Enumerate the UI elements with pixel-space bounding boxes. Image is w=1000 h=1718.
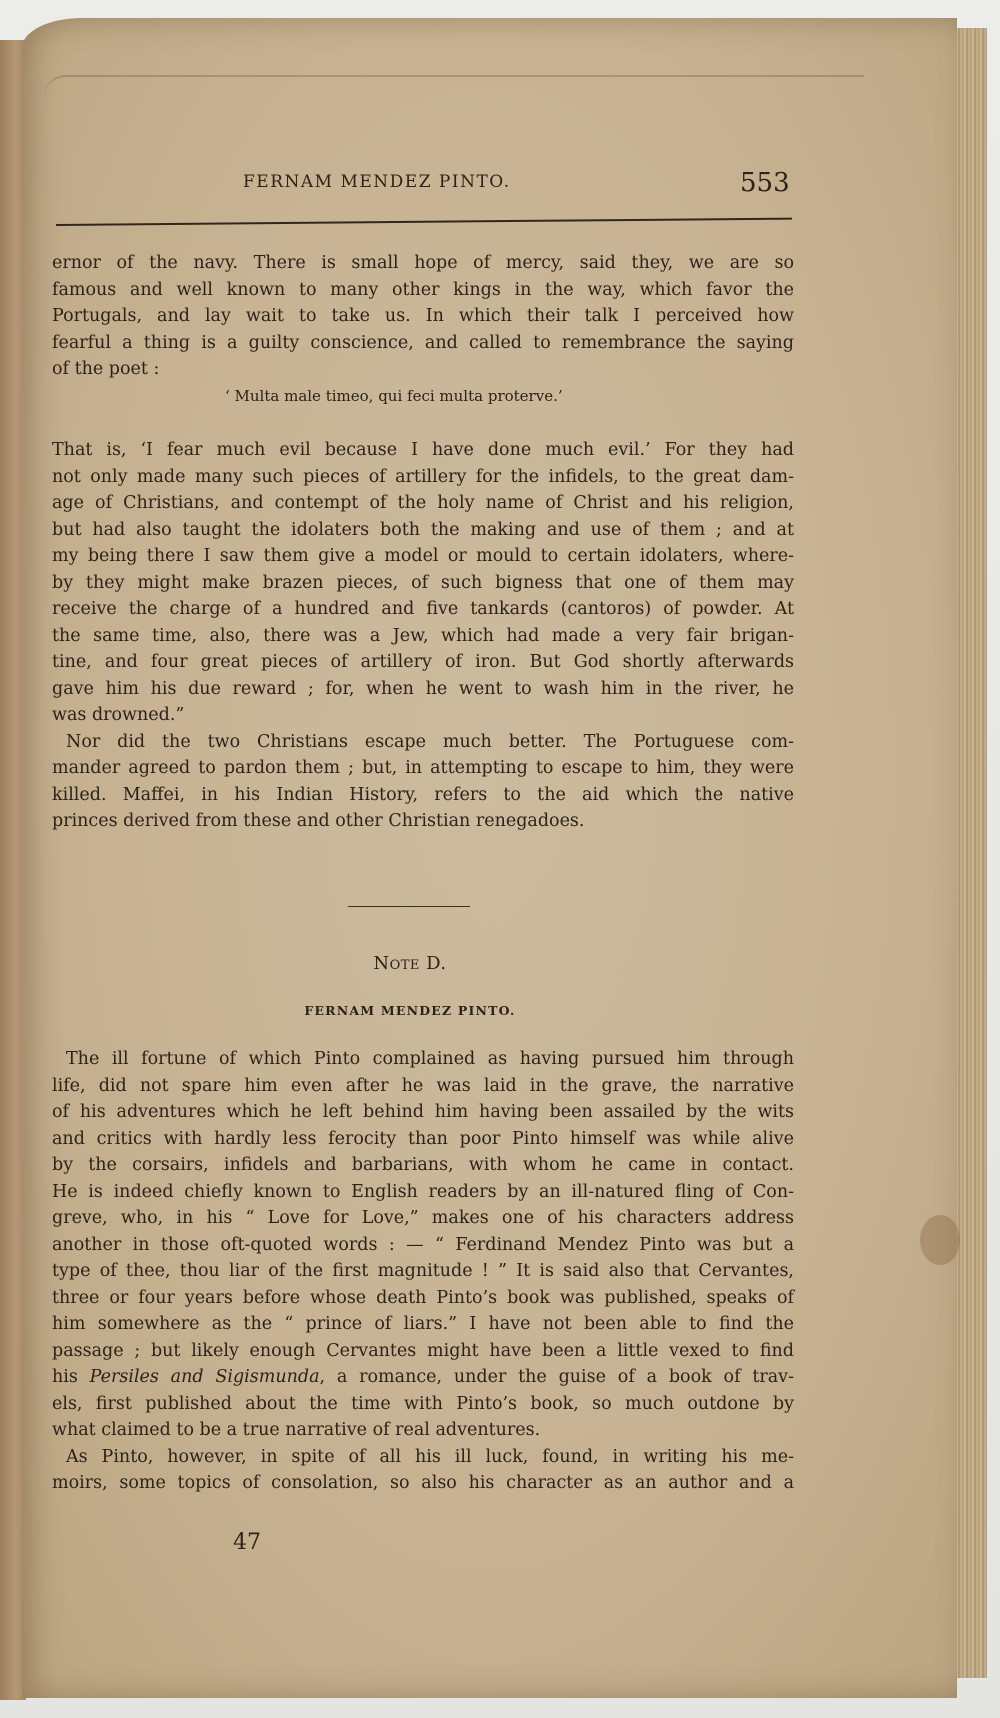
text-line: greve, who, in his “ Love for Love,” mak… xyxy=(52,1205,794,1232)
text-line: of his adventures which he left behind h… xyxy=(52,1099,794,1126)
note-subtitle: FERNAM MENDEZ PINTO. xyxy=(0,1003,820,1018)
text-line: type of thee, thou liar of the first mag… xyxy=(52,1258,794,1285)
page-block-edges xyxy=(953,28,987,1678)
text-line: The ill fortune of which Pinto complaine… xyxy=(52,1046,794,1073)
page-fold-crease xyxy=(44,75,864,97)
italic-book-title: Persiles and Sigismunda xyxy=(90,1367,320,1387)
text-line: fearful a thing is a guilty conscience, … xyxy=(52,330,794,357)
section-divider xyxy=(348,906,470,907)
text-line: by they might make brazen pieces, of suc… xyxy=(52,570,794,597)
continuation-paragraph-2: That is, ‘I fear much evil because I hav… xyxy=(52,437,794,835)
text-line: tine, and four great pieces of artillery… xyxy=(52,649,794,676)
paper-stain xyxy=(920,1215,960,1265)
text-line: Nor did the two Christians escape much b… xyxy=(52,729,794,756)
text-line: moirs, some topics of consolation, so al… xyxy=(52,1470,794,1497)
text-line: was drowned.” xyxy=(52,702,794,729)
text-line: He is indeed chiefly known to English re… xyxy=(52,1179,794,1206)
text-fragment: his xyxy=(52,1367,90,1387)
text-line: els, first published about the time with… xyxy=(52,1391,794,1418)
text-line: age of Christians, and contempt of the h… xyxy=(52,490,794,517)
text-line: Portugals, and lay wait to take us. In w… xyxy=(52,303,794,330)
text-line: ernor of the navy. There is small hope o… xyxy=(52,250,794,277)
text-line: famous and well known to many other king… xyxy=(52,277,794,304)
text-line: him somewhere as the “ prince of liars.”… xyxy=(52,1311,794,1338)
text-line-with-italic-title: his Persiles and Sigismunda, a romance, … xyxy=(52,1364,794,1391)
text-line: gave him his due reward ; for, when he w… xyxy=(52,676,794,703)
text-line: the same time, also, there was a Jew, wh… xyxy=(52,623,794,650)
text-line: what claimed to be a true narrative of r… xyxy=(52,1417,794,1444)
text-line: life, did not spare him even after he wa… xyxy=(52,1073,794,1100)
text-line: not only made many such pieces of artill… xyxy=(52,464,794,491)
page-number: 553 xyxy=(740,168,790,198)
text-line: receive the charge of a hundred and five… xyxy=(52,596,794,623)
text-line: princes derived from these and other Chr… xyxy=(52,808,794,835)
text-line: That is, ‘I fear much evil because I hav… xyxy=(52,437,794,464)
continuation-paragraph: ernor of the navy. There is small hope o… xyxy=(52,250,794,383)
text-line: passage ; but likely enough Cervantes mi… xyxy=(52,1338,794,1365)
text-line: three or four years before whose death P… xyxy=(52,1285,794,1312)
text-line: As Pinto, however, in spite of all his i… xyxy=(52,1444,794,1471)
text-line: and critics with hardly less ferocity th… xyxy=(52,1126,794,1153)
text-line: mander agreed to pardon them ; but, in a… xyxy=(52,755,794,782)
text-line: by the corsairs, infidels and barbarians… xyxy=(52,1152,794,1179)
running-head: FERNAM MENDEZ PINTO. xyxy=(243,172,511,192)
text-line: killed. Maffei, in his Indian History, r… xyxy=(52,782,794,809)
note-title: Note D. xyxy=(0,953,820,974)
text-line: another in those oft-quoted words : — “ … xyxy=(52,1232,794,1259)
text-line: of the poet : xyxy=(52,356,794,383)
text-line: but had also taught the idolaters both t… xyxy=(52,517,794,544)
latin-quotation: ‘ Multa male timeo, qui feci multa prote… xyxy=(225,387,563,405)
note-d-paragraph: The ill fortune of which Pinto complaine… xyxy=(52,1046,794,1497)
text-line: my being there I saw them give a model o… xyxy=(52,543,794,570)
signature-mark: 47 xyxy=(233,1530,261,1555)
text-fragment: , a romance, under the guise of a book o… xyxy=(320,1367,794,1387)
